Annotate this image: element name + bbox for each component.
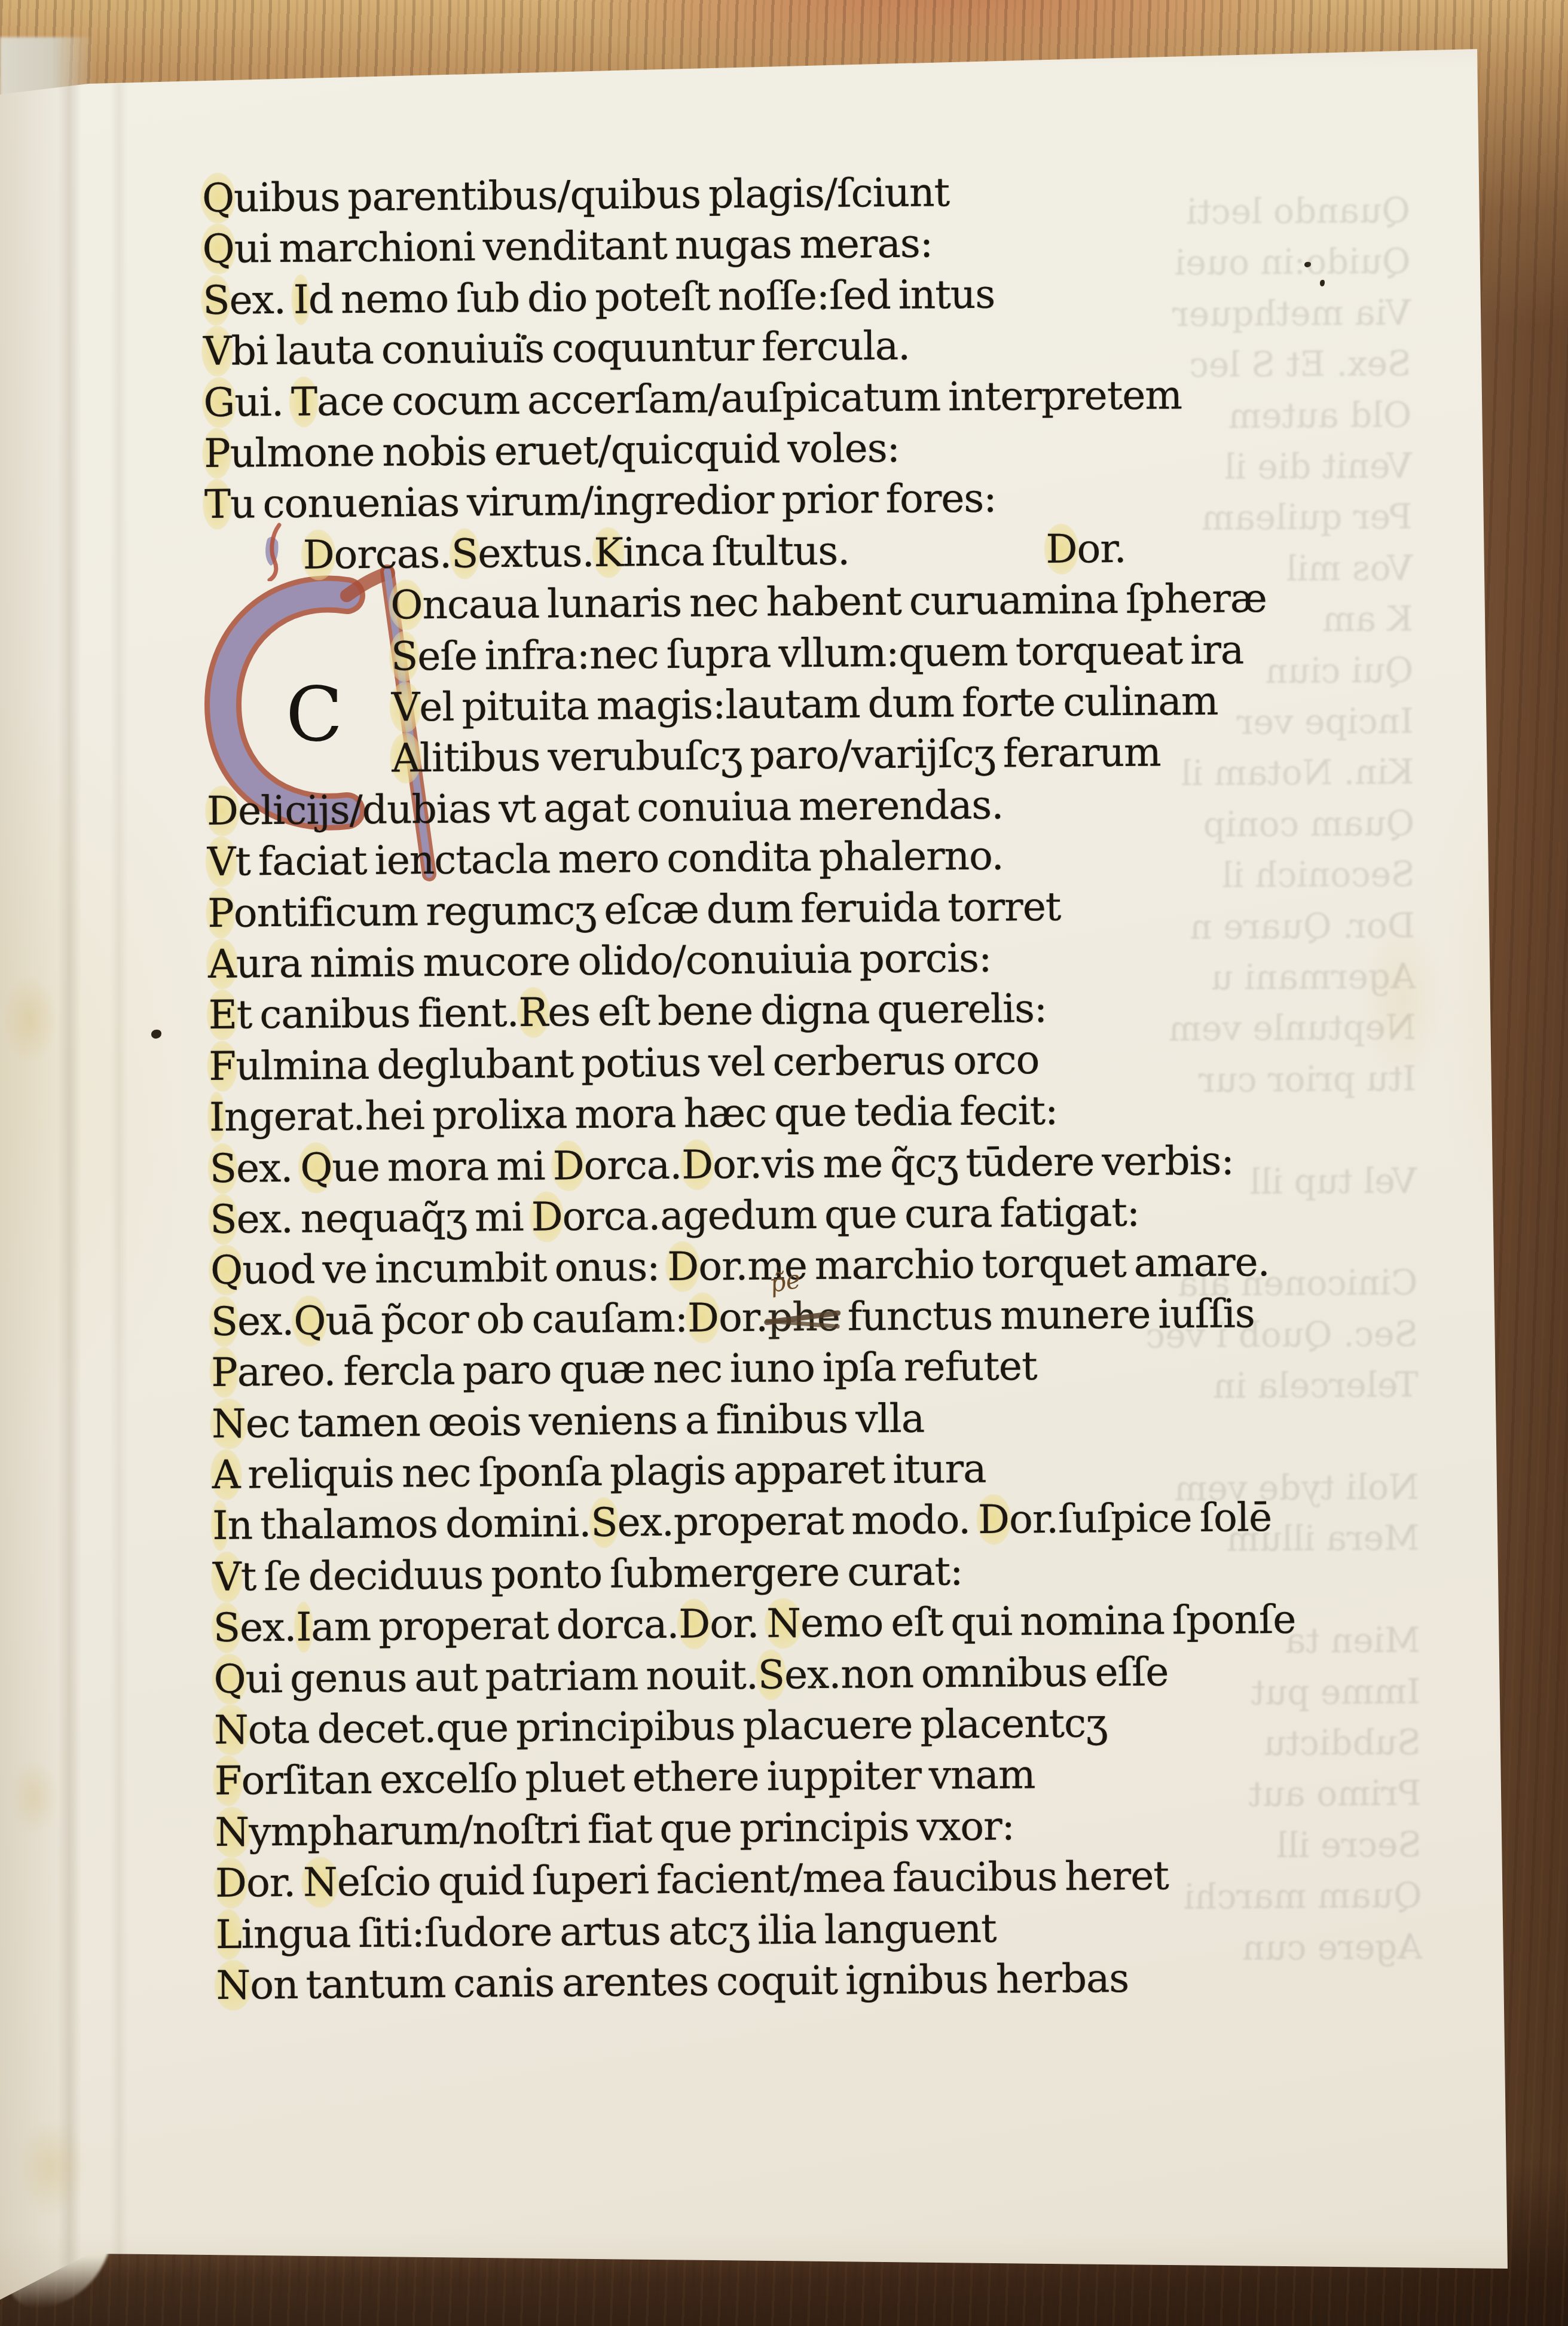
book-page: Quando lectiQuido:in oueiVia methquerSex…: [0, 0, 1568, 2326]
text-line: Delicijs/dubias vt agat conuiua merendas…: [207, 782, 1004, 834]
wash-capital: K: [592, 527, 625, 578]
wash-capital: N: [765, 1598, 802, 1649]
heading-line: Dorcas.Sextus.Kinca ſtultus.Dor.: [302, 528, 849, 578]
wash-capital: D: [1044, 524, 1079, 575]
photo-of-book-page: Quando lectiQuido:in oueiVia methquerSex…: [0, 0, 1568, 2326]
wash-capital: N: [214, 1959, 252, 2010]
wash-capital: D: [205, 786, 240, 837]
wash-capital: I: [291, 274, 310, 325]
text-line: Oncaua lunaris nec habent curuamina ſphe…: [390, 575, 1267, 628]
wash-capital: D: [680, 1139, 715, 1190]
text-line: Et canibus fient.Res eſt bene digna quer…: [208, 985, 1047, 1038]
wash-capital: D: [665, 1241, 701, 1292]
wash-capital: S: [756, 1649, 786, 1700]
wash-capital: I: [207, 1092, 227, 1143]
wash-capital: V: [201, 326, 233, 377]
text-line: Quod ve incumbit onus: Dor.me marchio to…: [210, 1239, 1270, 1293]
wash-capital: Q: [200, 173, 236, 224]
wash-capital: N: [213, 1806, 250, 1857]
text-line: Vel pituita magis:lautam dum forte culin…: [391, 678, 1218, 731]
text-line: Pareo. fercla paro quæ nec iuno ipſa ref…: [211, 1343, 1037, 1396]
text-line: Vbi lauta conuiuis coquuntur fercula.: [203, 323, 910, 374]
heading-speaker-right: Dor.: [1046, 526, 1126, 572]
wash-capital: S: [208, 1194, 239, 1245]
wash-capital: Q: [212, 1654, 247, 1705]
text-line: Seſe infra:nec ſupra vllum:quem torqueat…: [391, 627, 1244, 679]
wash-capital: V: [211, 1552, 243, 1602]
text-line: Dor. Neſcio quid ſuperi facient/mea fauc…: [215, 1852, 1169, 1906]
wash-capital: D: [677, 1598, 712, 1649]
text-line: Sex.Iam properat dorca.Dor. Nemo eſt qui…: [213, 1597, 1295, 1651]
wash-capital: Q: [209, 1245, 244, 1296]
wash-capital: D: [213, 1857, 249, 1908]
text-line: Quibus parentibus/quibus plagis/ſciunt: [202, 169, 950, 221]
wash-capital: E: [206, 990, 239, 1040]
wash-capital: D: [301, 529, 336, 580]
wash-capital: L: [213, 1909, 243, 1960]
text-line: Nec tamen œois veniens a finibus vlla: [212, 1396, 925, 1447]
text-line: Nympharum/noſtri fiat que principis vxor…: [215, 1803, 1014, 1855]
text-line: In thalamos domini.Sex.properat modo. Do…: [212, 1494, 1271, 1549]
wash-capital: A: [390, 732, 421, 783]
text-line: Nota decet.que principibus placuere plac…: [214, 1700, 1108, 1753]
text-line: Qui genus aut patriam nouit.Sex.non omni…: [213, 1649, 1169, 1702]
wash-capital: F: [212, 1756, 243, 1806]
text-line: Vt ſe deciduus ponto ſubmergere curat:: [213, 1548, 963, 1600]
wash-capital: I: [210, 1500, 230, 1551]
text-line: Gui. Tace cocum accerſam/auſpicatum inte…: [203, 372, 1182, 426]
wash-capital: I: [294, 1602, 313, 1653]
text-line: Sex. Que mora mi Dorca.Dor.vis me q̃cʒ t…: [209, 1138, 1234, 1192]
text-line: Sex.Quā p̃cor ob cauſam:Dor.phep̃e funct…: [210, 1290, 1255, 1345]
wash-capital: P: [202, 428, 232, 479]
wash-capital: D: [686, 1292, 721, 1343]
wash-capital: S: [450, 528, 480, 579]
wash-capital: D: [976, 1494, 1011, 1544]
wash-capital: S: [207, 1143, 238, 1194]
wash-capital: N: [212, 1704, 250, 1755]
wash-capital: O: [389, 579, 424, 630]
wash-capital: N: [210, 1398, 247, 1449]
wash-capital: S: [389, 631, 420, 682]
wash-capital: S: [201, 275, 231, 326]
wash-capital: T: [289, 376, 319, 427]
text-line: Vt faciat ienctacla mero condita phalern…: [207, 833, 1004, 885]
text-line: Fulmina deglubant potius vel cerberus or…: [209, 1037, 1039, 1089]
wash-capital: V: [389, 682, 421, 732]
wash-capital: S: [589, 1497, 619, 1548]
text-line: Qui marchioni venditant nugas meras:: [202, 220, 933, 272]
text-line: Pulmone nobis eruet/quicquid voles:: [204, 425, 900, 477]
wash-capital: N: [301, 1857, 339, 1907]
text-line: Pontificum regumcʒ eſcæ dum feruida torr…: [207, 884, 1061, 936]
wash-capital: D: [529, 1191, 564, 1242]
wash-capital: A: [210, 1449, 242, 1500]
wash-capital: V: [205, 837, 237, 887]
wash-capital: F: [207, 1041, 237, 1092]
wash-capital: Q: [200, 224, 236, 274]
wash-capital: R: [516, 987, 549, 1037]
wash-capital: Q: [298, 1142, 334, 1193]
wash-capital: Q: [292, 1295, 328, 1346]
manuscript-strikethrough: phep̃e: [768, 1294, 840, 1341]
text-line: Non tantum canis arentes coquit ignibus …: [216, 1955, 1129, 2008]
text-line: Lingua ſiti:ſudore artus atcʒ ilia langu…: [216, 1906, 997, 1958]
wash-capital: T: [203, 479, 233, 530]
text-line: Sex. nequaq̃ʒ mi Dorca.agedum que cura f…: [210, 1189, 1139, 1243]
wash-capital: D: [551, 1140, 586, 1191]
text-line: Aura nimis mucore olido/conuiuia porcis:: [208, 935, 992, 987]
manuscript-correction: p̃e: [767, 1264, 803, 1299]
text-line: Forſitan excelſo pluet ethere iuppiter v…: [214, 1751, 1035, 1804]
wash-capital: P: [209, 1347, 239, 1398]
wash-capital: S: [211, 1602, 242, 1653]
wash-capital: A: [206, 939, 238, 990]
wash-capital: P: [206, 888, 236, 939]
text-line: Sex. Id nemo ſub dio poteſt noſſe:ſed in…: [203, 271, 995, 323]
text-line: A reliquis nec ſponſa plagis apparet itu…: [212, 1446, 986, 1498]
wash-capital: S: [209, 1296, 239, 1347]
text-line: Tu conuenias virum/ingredior prior fores…: [204, 475, 997, 527]
page-text: Quibus parentibus/quibus plagis/ſciuntQu…: [0, 0, 1568, 2326]
text-line: Ingerat.hei prolixa mora hæc que tedia f…: [209, 1088, 1058, 1140]
wash-capital: G: [201, 377, 236, 428]
text-line: Alitibus verubuſcʒ paro/varijſcʒ ferarum: [392, 729, 1161, 781]
